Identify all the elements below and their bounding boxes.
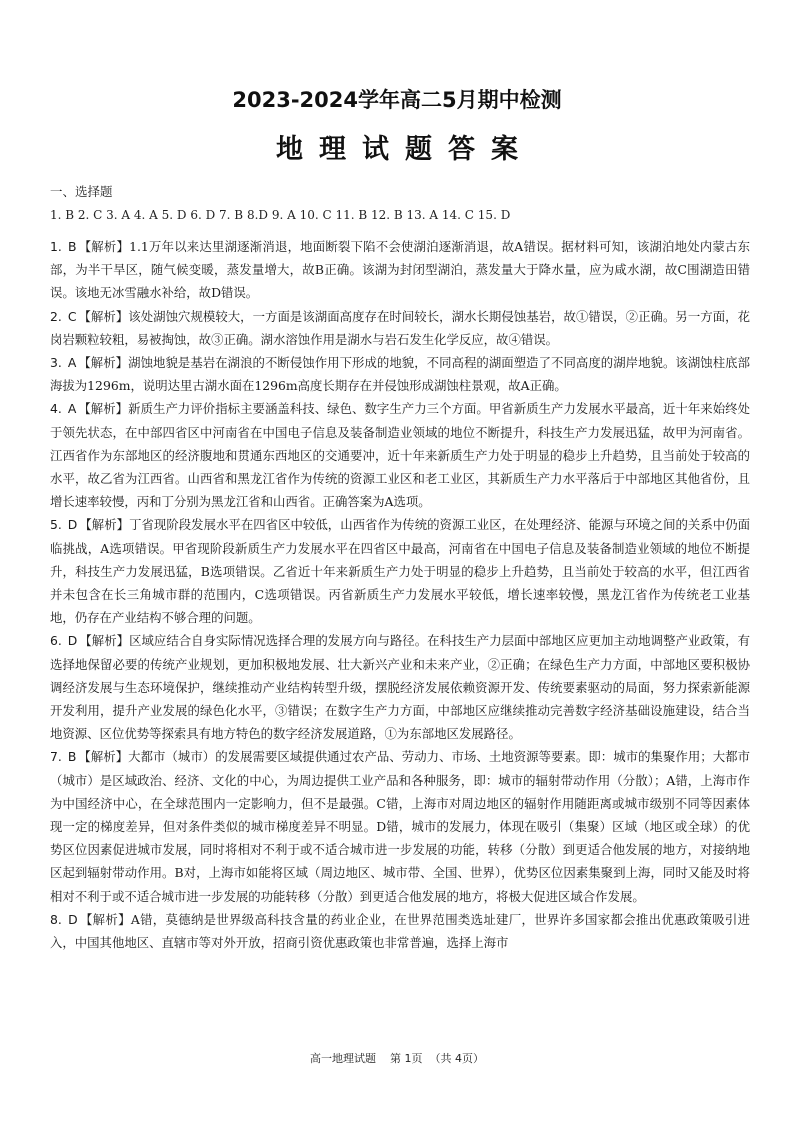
explanation-text: 新质生产力评价指标主要涵盖科技、绿色、数字生产力三个方面。甲省新质生产力发展水平… [50, 401, 750, 509]
analysis-tag: 【解析】 [78, 309, 128, 324]
explanation-item: 5. D【解析】丁省现阶段发展水平在四省区中较低，山西省作为传统的资源工业区，在… [50, 513, 750, 629]
explanation-item: 7. B【解析】大都市（城市）的发展需要区域提供通过农产品、劳动力、市场、土地资… [50, 745, 750, 907]
question-number: 3. [50, 355, 62, 370]
explanations-list: 1. B【解析】1.1万年以来达里湖逐渐消退，地面断裂下陷不会使湖泊逐渐消退，故… [50, 235, 750, 954]
analysis-tag: 【解析】 [78, 401, 128, 416]
explanation-item: 2. C【解析】该处湖蚀穴规模较大，一方面是该湖面高度存在时间较长，湖水长期侵蚀… [50, 305, 750, 351]
page-footer: 高一地理试题 第 1页 （共 4页） [0, 1050, 794, 1066]
explanation-text: 区域应结合自身实际情况选择合理的发展方向与路径。在科技生产力层面中部地区应更加主… [50, 633, 750, 741]
analysis-tag: 【解析】 [79, 239, 130, 254]
explanation-text: A错，莫德纳是世界级高科技含量的药业企业，在世界范围类选址建厂，世界许多国家都会… [50, 912, 750, 950]
explanation-text: 丁省现阶段发展水平在四省区中较低，山西省作为传统的资源工业区，在处理经济、能源与… [50, 517, 750, 625]
explanation-text: 大都市（城市）的发展需要区域提供通过农产品、劳动力、市场、土地资源等要素。即：城… [50, 749, 750, 903]
analysis-tag: 【解析】 [80, 912, 131, 927]
explanation-text: 该处湖蚀穴规模较大，一方面是该湖面高度存在时间较长，湖水长期侵蚀基岩，故①错误，… [50, 309, 750, 347]
answer-letter: C [68, 309, 77, 324]
explanation-item: 8. D【解析】A错，莫德纳是世界级高科技含量的药业企业，在世界范围类选址建厂，… [50, 908, 750, 954]
answer-letter: A [68, 355, 76, 370]
explanation-item: 6. D【解析】区域应结合自身实际情况选择合理的发展方向与路径。在科技生产力层面… [50, 629, 750, 745]
answer-letter: D [68, 633, 78, 648]
question-number: 7. [50, 749, 62, 764]
answer-key-line: 1. B 2. C 3. A 4. A 5. D 6. D 7. B 8.D 9… [50, 208, 510, 222]
analysis-tag: 【解析】 [79, 633, 129, 648]
answer-letter: A [68, 401, 76, 416]
question-number: 2. [50, 309, 62, 324]
explanation-text: 1.1万年以来达里湖逐渐消退，地面断裂下陷不会使湖泊逐渐消退，故A错误。据材料可… [50, 239, 750, 300]
document-subtitle: 地理试题答案 [0, 127, 794, 166]
question-number: 1. [50, 239, 62, 254]
explanation-item: 4. A【解析】新质生产力评价指标主要涵盖科技、绿色、数字生产力三个方面。甲省新… [50, 397, 750, 513]
explanation-text: 湖蚀地貌是基岩在湖浪的不断侵蚀作用下形成的地貌，不同高程的湖面塑造了不同高度的湖… [50, 355, 750, 393]
question-number: 4. [50, 401, 62, 416]
exam-title: 2023-2024学年高二5月期中检测 [0, 84, 794, 114]
analysis-tag: 【解析】 [78, 355, 128, 370]
explanation-item: 3. A【解析】湖蚀地貌是基岩在湖浪的不断侵蚀作用下形成的地貌，不同高程的湖面塑… [50, 351, 750, 397]
answer-letter: D [68, 517, 78, 532]
answer-letter: B [68, 749, 77, 764]
question-number: 6. [50, 633, 62, 648]
question-number: 5. [50, 517, 62, 532]
answer-letter: B [68, 239, 77, 254]
section-heading: 一、选择题 [50, 182, 113, 200]
explanation-item: 1. B【解析】1.1万年以来达里湖逐渐消退，地面断裂下陷不会使湖泊逐渐消退，故… [50, 235, 750, 305]
document-page: 2023-2024学年高二5月期中检测 地理试题答案 一、选择题 1. B 2.… [0, 0, 794, 1122]
question-number: 8. [50, 912, 62, 927]
analysis-tag: 【解析】 [78, 749, 128, 764]
answer-letter: D [68, 912, 78, 927]
analysis-tag: 【解析】 [79, 517, 129, 532]
